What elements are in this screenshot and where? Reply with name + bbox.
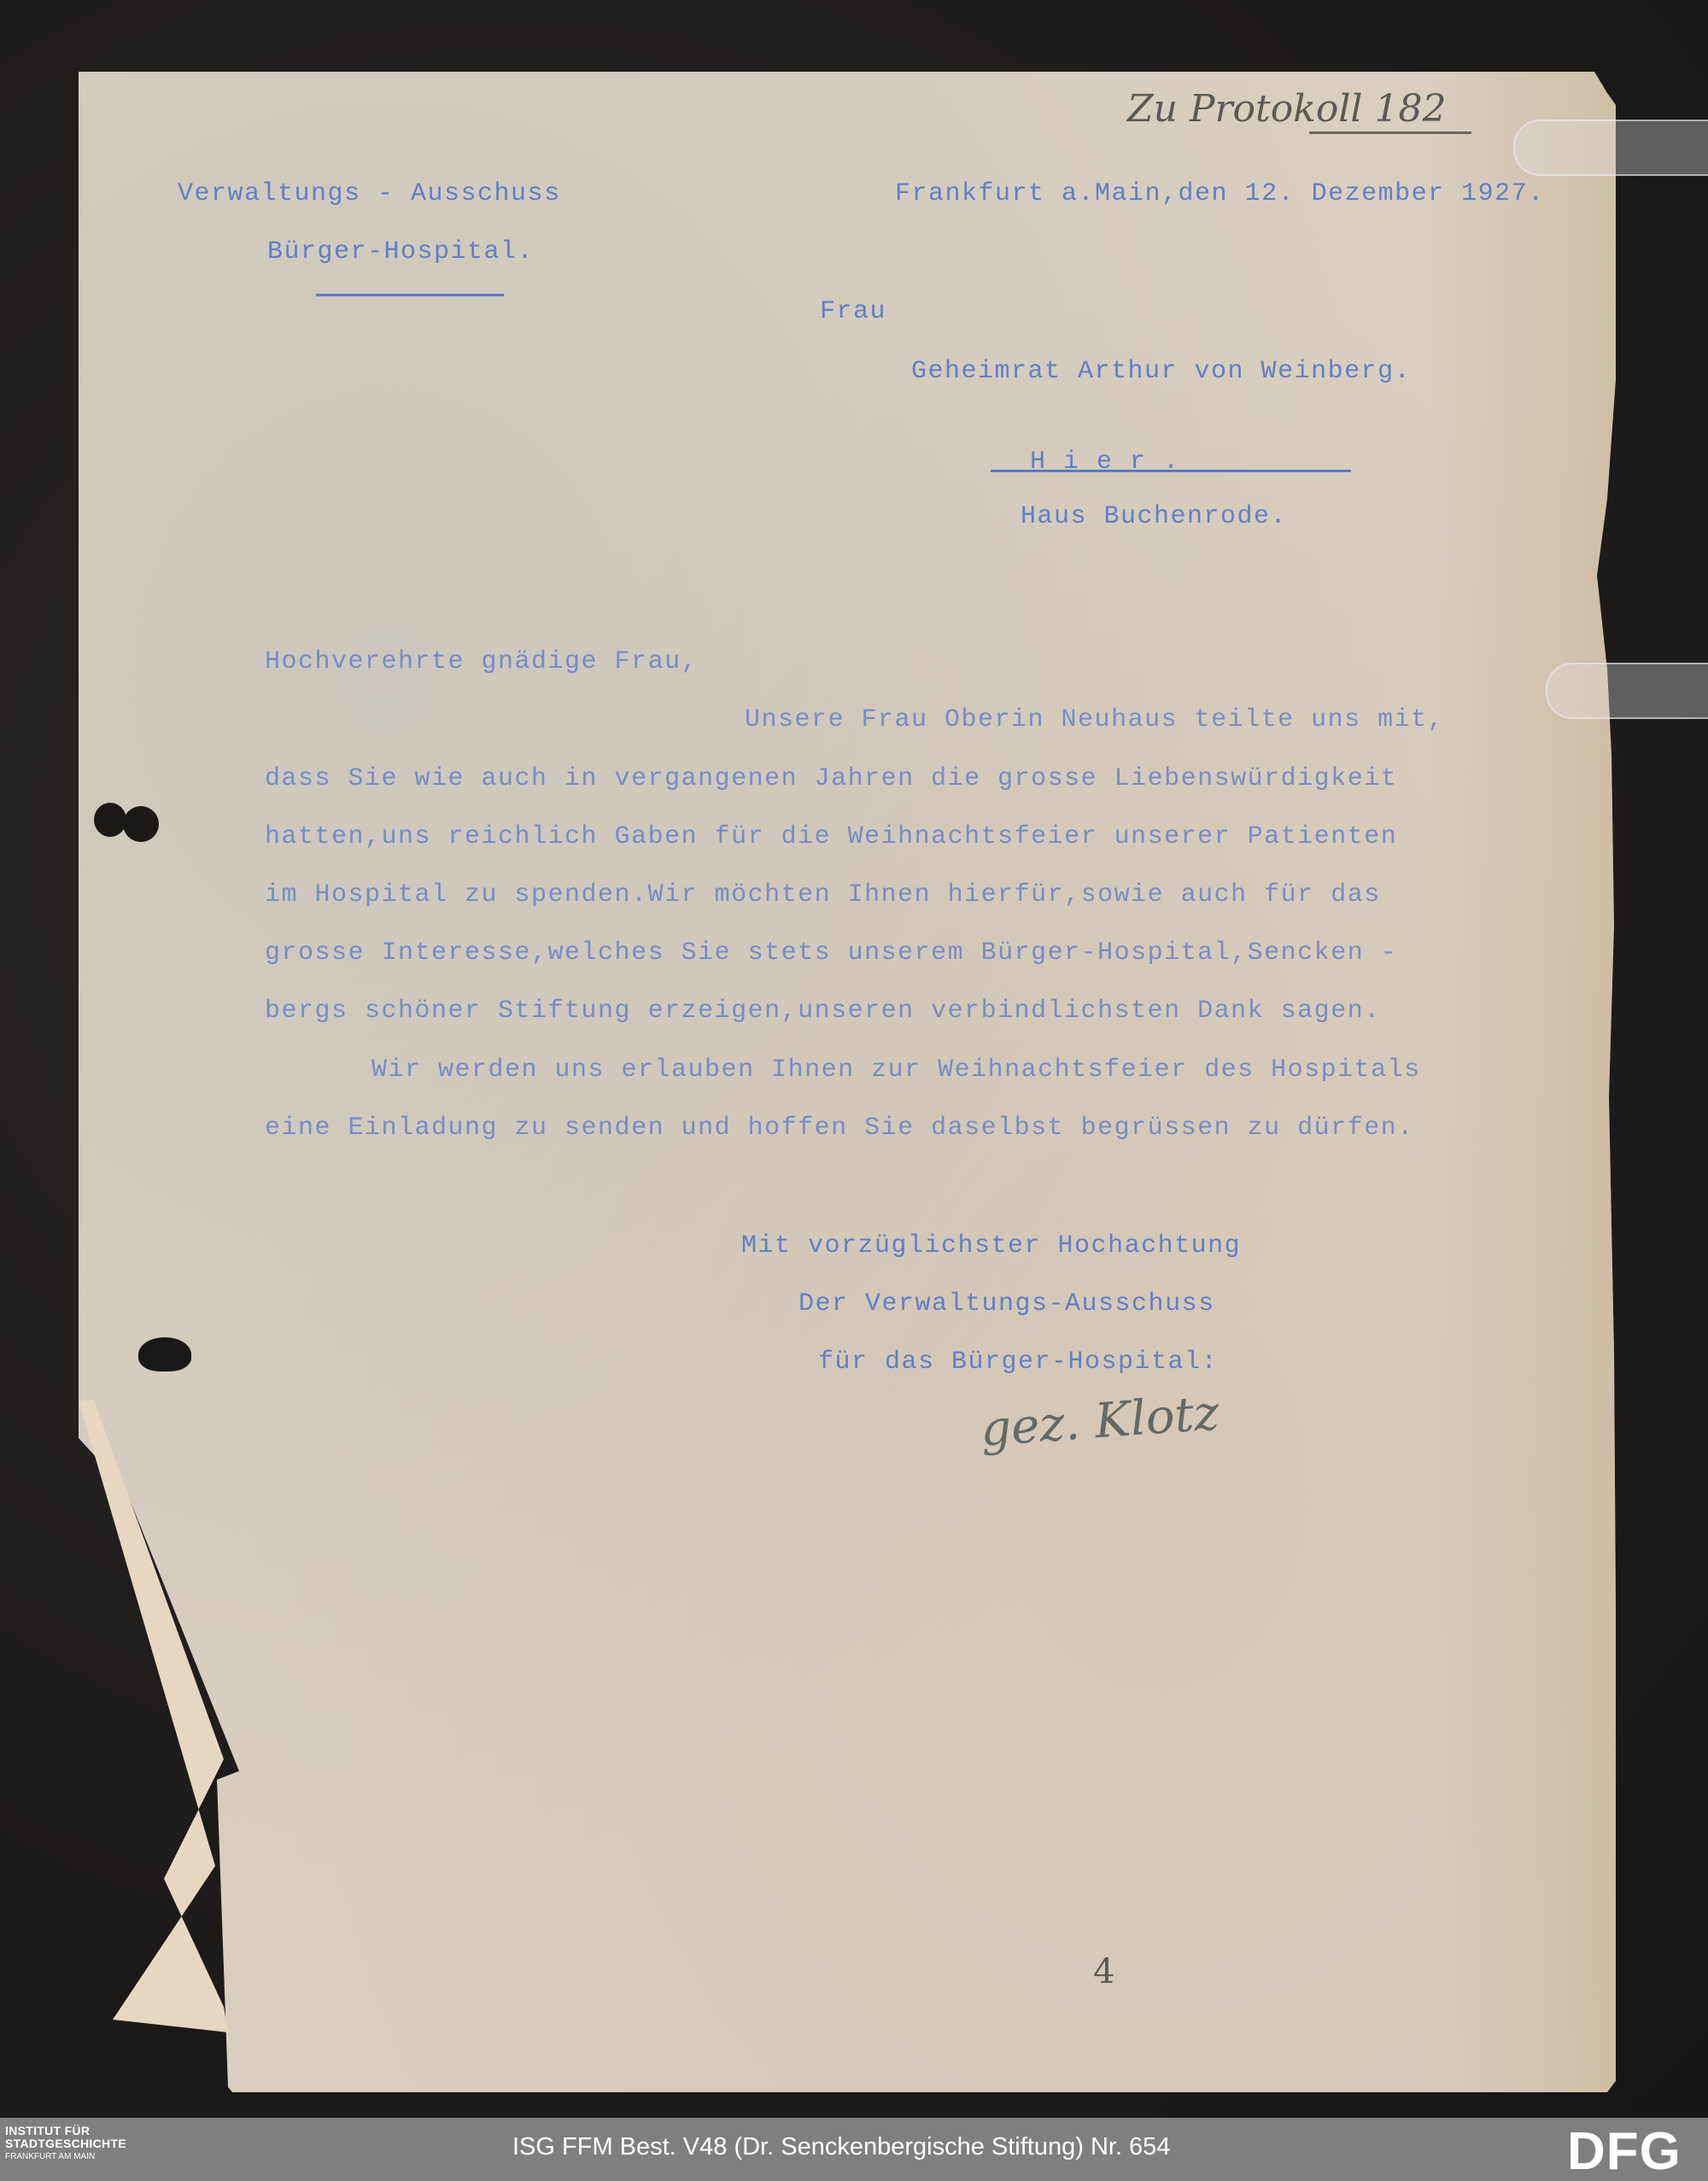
punch-hole-upper-b [123,806,159,842]
body-line: grosse Interesse,welches Sie stets unser… [265,938,1397,968]
sender-line-2: Bürger-Hospital. [267,237,534,266]
dfg-logo: DFG [1567,2130,1682,2174]
sender-line-1: Verwaltungs - Ausschuss [178,179,561,208]
recipient-title: Frau [820,297,886,326]
closing-line-3: für das Bürger-Hospital: [818,1348,1218,1377]
institution-line-3: FRANKFURT AM MAIN [5,2150,126,2163]
letter-greeting: Hochverehrte gnädige Frau, [265,647,698,676]
body-line: dass Sie wie auch in vergangenen Jahren … [265,764,1397,793]
archive-caption: ISG FFM Best. V48 (Dr. Senckenbergische … [512,2133,1170,2161]
body-line: Wir werden uns erlauben Ihnen zur Weihna… [371,1055,1421,1085]
body-line: eine Einladung zu senden und hoffen Sie … [265,1114,1414,1143]
punch-hole-upper [94,803,126,837]
plastic-clip-bottom [1546,663,1708,719]
recipient-address: Haus Buchenrode. [1021,502,1287,531]
place-date: Frankfurt a.Main,den 12. Dezember 1927. [895,179,1545,208]
recipient-name: Geheimrat Arthur von Weinberg. [911,357,1411,386]
institution-logo: INSTITUT FÜR STADTGESCHICHTE FRANKFURT A… [5,2125,126,2163]
institution-line-1: INSTITUT FÜR [5,2125,126,2137]
punch-hole-lower [138,1337,191,1371]
body-line: bergs schöner Stiftung erzeigen,unseren … [265,997,1381,1026]
body-line: im Hospital zu spenden.Wir möchten Ihnen… [265,880,1381,909]
annotation-underline [1309,132,1471,134]
handwritten-annotation: Zu Protokoll 182 [1127,87,1446,131]
recipient-city-underline [991,470,1351,472]
plastic-clip-top [1513,120,1708,176]
archive-footer: INSTITUT FÜR STADTGESCHICHTE FRANKFURT A… [0,2118,1708,2181]
body-line: hatten,uns reichlich Gaben für die Weihn… [265,822,1397,851]
page-number: 4 [1093,1952,1114,1991]
closing-line-1: Mit vorzüglichster Hochachtung [741,1231,1241,1260]
closing-line-2: Der Verwaltungs-Ausschuss [798,1289,1215,1319]
institution-line-2: STADTGESCHICHTE [5,2137,126,2150]
sender-underline [316,294,504,296]
body-line: Unsere Frau Oberin Neuhaus teilte uns mi… [745,705,1444,734]
